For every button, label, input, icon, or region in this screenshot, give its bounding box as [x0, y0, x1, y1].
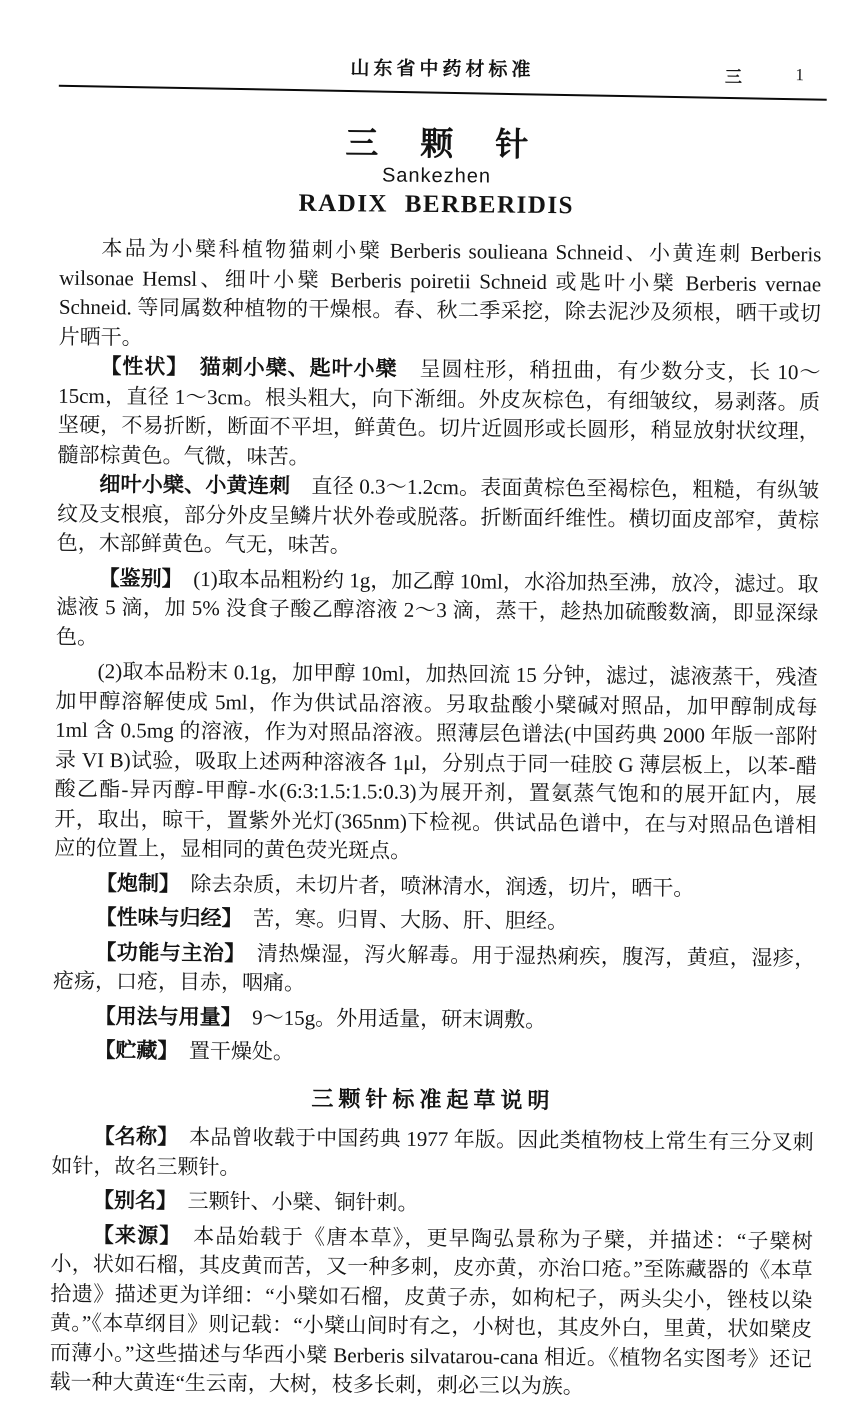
- section-label: 【别名】: [93, 1189, 167, 1213]
- section-label: 【贮藏】: [94, 1039, 168, 1063]
- monograph-title: 三颗针: [3, 114, 867, 169]
- section-label: 细叶小檗、小黄连刺: [99, 473, 290, 498]
- body-text: 9～15g。外用适量，研末调敷。: [231, 1005, 546, 1032]
- identification-section: 【鉴别】 (1)取本品粗粉约 1g，加乙醇 10ml，水浴加热至沸，放冷，滤过。…: [56, 563, 819, 658]
- body-text: 置干燥处。: [168, 1039, 294, 1064]
- shape-section: 【性状】 猫刺小檗、匙叶小檗 呈圆柱形，稍扭曲，有少数分支，长 10～15cm，…: [57, 352, 820, 477]
- page-body: 本品为小檗科植物猫刺小檗 Berberis soulieana Schneid、…: [49, 234, 821, 1319]
- origin-note-section: 【来源】 本品始载于《唐本草》，更早陶弘景称为子檗，并描述：“子檗树小，状如石榴…: [49, 1220, 813, 1319]
- section-label: 【性状】 猫刺小檗、匙叶小檗: [100, 355, 397, 381]
- body-text: 本品为小檗科植物猫刺小檗 Berberis soulieana Schneid、…: [59, 236, 822, 349]
- section-label: 【炮制】: [96, 872, 170, 896]
- alias-section: 【别名】 三颗针、小檗、铜针刺。: [51, 1186, 813, 1222]
- section-number: 三: [725, 63, 742, 88]
- drafting-notes-body: 【名称】 本品曾收载于中国药典 1977 年版。因此类植物枝上常生有三分叉刺如针…: [49, 1122, 813, 1319]
- dosage-section: 【用法与用量】 9～15g。外用适量，研末调敷。: [53, 1001, 815, 1037]
- identification-section-2: (2)取本品粉末 0.1g，加甲醇 10ml，加热回流 15 分钟，滤过，滤液蒸…: [54, 657, 818, 870]
- monograph-body: 本品为小檗科植物猫刺小檗 Berberis soulieana Schneid、…: [52, 234, 821, 1072]
- shape-section-2: 细叶小檗、小黄连刺 直径 0.3～1.2cm。表面黄棕色至褐棕色，粗糙，有纵皱纹…: [57, 470, 820, 565]
- drafting-notes-heading: 三颗针标准起草说明: [52, 1081, 814, 1117]
- body-text: 苦，寒。归胃、大肠、肝、胆经。: [232, 906, 568, 933]
- section-label: 【性味与归经】: [95, 906, 232, 930]
- body-text: (2)取本品粉末 0.1g，加甲醇 10ml，加热回流 15 分钟，滤过，滤液蒸…: [54, 659, 818, 863]
- processing-section: 【炮制】 除去杂质，未切片者，喷淋清水，润透，切片，晒干。: [54, 868, 816, 904]
- page-header: 山东省中药材标准 三 1: [61, 47, 824, 90]
- scanned-page: 山东省中药材标准 三 1 三颗针 Sankezhen RADIX BERBERI…: [0, 0, 867, 1319]
- section-label: 【名称】: [94, 1125, 168, 1149]
- storage-section: 【贮藏】 置干燥处。: [52, 1036, 814, 1072]
- monograph-latin-name: RADIX BERBERIDIS: [3, 187, 867, 223]
- source-paragraph: 本品为小檗科植物猫刺小檗 Berberis soulieana Schneid、…: [59, 234, 822, 359]
- section-label: 【功能与主治】: [95, 941, 235, 965]
- name-note-section: 【名称】 本品曾收载于中国药典 1977 年版。因此类植物枝上常生有三分叉刺如针…: [51, 1122, 813, 1188]
- book-title: 山东省中药材标准: [61, 51, 824, 85]
- body-text: 除去杂质，未切片者，喷淋清水，润透，切片，晒干。: [169, 871, 694, 900]
- body-text: 三颗针、小檗、铜针刺。: [167, 1189, 419, 1215]
- page-number: 1: [795, 65, 804, 85]
- section-label: 【来源】: [93, 1224, 171, 1248]
- section-label: 【鉴别】: [98, 567, 172, 591]
- section-label: 【用法与用量】: [95, 1005, 232, 1029]
- function-indication-section: 【功能与主治】 清热燥湿，泻火解毒。用于湿热痢疾，腹泻，黄疸，湿疹，疮疡，口疮，…: [53, 937, 815, 1003]
- property-meridian-section: 【性味与归经】 苦，寒。归胃、大肠、肝、胆经。: [53, 903, 815, 939]
